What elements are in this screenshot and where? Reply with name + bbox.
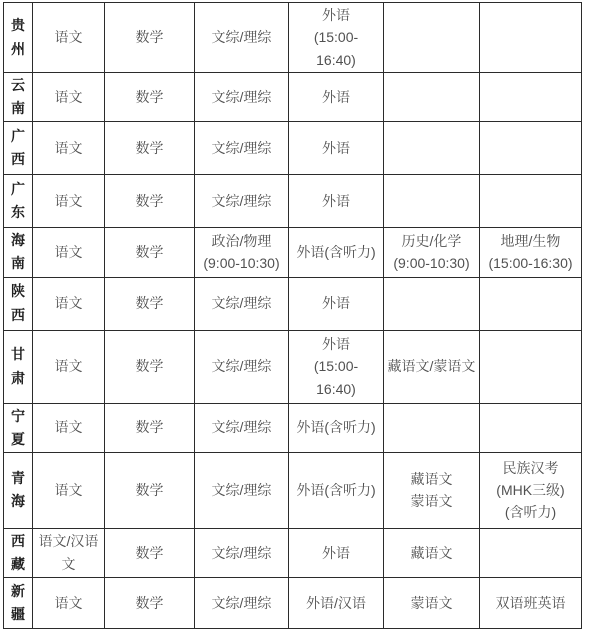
province-cell: 陕西 (4, 277, 33, 330)
empty-cell (480, 73, 582, 122)
empty-cell (480, 3, 582, 73)
subject-cell: 外语(含听力) (289, 403, 384, 452)
subject-cell: 民族汉考(MHK三级)(含听力) (480, 452, 582, 528)
province-cell: 云南 (4, 73, 33, 122)
province-char: 贵 (4, 14, 32, 37)
subject-line: (MHK三级) (482, 479, 579, 501)
subject-line: 双语班英语 (482, 592, 579, 614)
subject-line: 数学 (107, 190, 192, 212)
subject-line: 文综/理综 (197, 137, 286, 159)
subject-cell: 语文/汉语文 (33, 528, 105, 577)
subject-cell: 外语(15:00-16:40) (289, 3, 384, 73)
province-char: 宁 (4, 405, 32, 428)
province-char: 藏 (4, 553, 32, 576)
subject-cell: 外语(含听力) (289, 228, 384, 277)
subject-line: 数学 (107, 592, 192, 614)
subject-line: 数学 (107, 241, 192, 263)
subject-cell: 政治/物理(9:00-10:30) (195, 228, 289, 277)
subject-cell: 语文 (33, 330, 105, 403)
subject-cell: 文综/理综 (195, 175, 289, 228)
subject-cell: 外语 (289, 73, 384, 122)
subject-line: 外语 (291, 542, 381, 564)
province-cell: 广东 (4, 175, 33, 228)
subject-cell: 数学 (105, 277, 195, 330)
subject-line: 文 (35, 553, 102, 575)
exam-schedule-page: 贵州语文数学文综/理综外语(15:00-16:40)云南语文数学文综/理综外语广… (0, 0, 592, 640)
subject-line: (9:00-10:30) (197, 252, 286, 274)
province-cell: 贵州 (4, 3, 33, 73)
subject-line: 文综/理综 (197, 479, 286, 501)
subject-line: 文综/理综 (197, 292, 286, 314)
province-char: 疆 (4, 603, 32, 626)
subject-line: 文综/理综 (197, 355, 286, 377)
subject-line: 16:40) (291, 378, 381, 400)
province-char: 南 (4, 97, 32, 120)
province-char: 广 (4, 125, 32, 148)
subject-line: 语文 (35, 190, 102, 212)
subject-line: 外语 (291, 4, 381, 26)
subject-line: 数学 (107, 479, 192, 501)
subject-cell: 文综/理综 (195, 330, 289, 403)
subject-line: 外语(含听力) (291, 479, 381, 501)
subject-line: 文综/理综 (197, 416, 286, 438)
province-char: 南 (4, 252, 32, 275)
subject-cell: 语文 (33, 577, 105, 628)
province-char: 陕 (4, 280, 32, 303)
province-char: 广 (4, 178, 32, 201)
subject-line: (15:00- (291, 26, 381, 48)
province-char: 新 (4, 580, 32, 603)
empty-cell (384, 277, 480, 330)
province-char: 海 (4, 229, 32, 252)
province-cell: 青海 (4, 452, 33, 528)
subject-cell: 数学 (105, 228, 195, 277)
table-row: 青海语文数学文综/理综外语(含听力)藏语文蒙语文民族汉考(MHK三级)(含听力) (4, 452, 582, 528)
subject-cell: 藏语文蒙语文 (384, 452, 480, 528)
province-char: 肃 (4, 367, 32, 390)
subject-cell: 语文 (33, 403, 105, 452)
subject-line: 语文 (35, 479, 102, 501)
empty-cell (480, 277, 582, 330)
subject-line: 数学 (107, 86, 192, 108)
subject-line: 藏语文/蒙语文 (386, 355, 477, 377)
subject-line: 外语(含听力) (291, 416, 381, 438)
subject-line: (15:00- (291, 355, 381, 377)
subject-cell: 文综/理综 (195, 528, 289, 577)
subject-cell: 数学 (105, 403, 195, 452)
table-row: 广东语文数学文综/理综外语 (4, 175, 582, 228)
subject-line: 外语 (291, 137, 381, 159)
table-row: 陕西语文数学文综/理综外语 (4, 277, 582, 330)
subject-line: 语文 (35, 137, 102, 159)
subject-line: 语文 (35, 355, 102, 377)
subject-cell: 语文 (33, 277, 105, 330)
subject-cell: 地理/生物(15:00-16:30) (480, 228, 582, 277)
subject-cell: 历史/化学(9:00-10:30) (384, 228, 480, 277)
subject-cell: 外语 (289, 122, 384, 175)
province-cell: 西藏 (4, 528, 33, 577)
subject-line: (含听力) (482, 501, 579, 523)
subject-line: 16:40) (291, 49, 381, 71)
subject-cell: 文综/理综 (195, 3, 289, 73)
subject-line: 文综/理综 (197, 542, 286, 564)
table-row: 宁夏语文数学文综/理综外语(含听力) (4, 403, 582, 452)
empty-cell (384, 403, 480, 452)
subject-line: 外语(含听力) (291, 241, 381, 263)
subject-cell: 外语(含听力) (289, 452, 384, 528)
empty-cell (480, 122, 582, 175)
subject-line: 数学 (107, 542, 192, 564)
subject-cell: 文综/理综 (195, 403, 289, 452)
table-row: 广西语文数学文综/理综外语 (4, 122, 582, 175)
subject-cell: 语文 (33, 175, 105, 228)
subject-cell: 外语 (289, 277, 384, 330)
empty-cell (384, 73, 480, 122)
subject-cell: 文综/理综 (195, 577, 289, 628)
province-cell: 甘肃 (4, 330, 33, 403)
province-cell: 广西 (4, 122, 33, 175)
province-char: 甘 (4, 343, 32, 366)
table-row: 甘肃语文数学文综/理综外语(15:00-16:40)藏语文/蒙语文 (4, 330, 582, 403)
subject-cell: 语文 (33, 122, 105, 175)
subject-line: (9:00-10:30) (386, 252, 477, 274)
subject-cell: 数学 (105, 577, 195, 628)
subject-line: 语文/汉语 (35, 530, 102, 552)
subject-cell: 外语/汉语 (289, 577, 384, 628)
subject-line: 数学 (107, 26, 192, 48)
table-row: 西藏语文/汉语文数学文综/理综外语藏语文 (4, 528, 582, 577)
subject-cell: 外语 (289, 528, 384, 577)
province-char: 青 (4, 467, 32, 490)
province-char: 西 (4, 530, 32, 553)
subject-cell: 语文 (33, 452, 105, 528)
subject-cell: 语文 (33, 3, 105, 73)
subject-line: 外语 (291, 86, 381, 108)
subject-cell: 文综/理综 (195, 73, 289, 122)
subject-line: 数学 (107, 137, 192, 159)
subject-cell: 语文 (33, 73, 105, 122)
subject-line: 外语 (291, 190, 381, 212)
empty-cell (384, 122, 480, 175)
subject-line: 外语 (291, 292, 381, 314)
subject-cell: 外语 (289, 175, 384, 228)
empty-cell (480, 330, 582, 403)
subject-cell: 数学 (105, 330, 195, 403)
subject-cell: 外语(15:00-16:40) (289, 330, 384, 403)
subject-line: 地理/生物 (482, 230, 579, 252)
empty-cell (480, 528, 582, 577)
empty-cell (480, 403, 582, 452)
subject-line: 文综/理综 (197, 592, 286, 614)
empty-cell (384, 3, 480, 73)
province-char: 东 (4, 201, 32, 224)
province-cell: 宁夏 (4, 403, 33, 452)
subject-cell: 数学 (105, 122, 195, 175)
subject-line: (15:00-16:30) (482, 252, 579, 274)
empty-cell (480, 175, 582, 228)
subject-cell: 藏语文/蒙语文 (384, 330, 480, 403)
subject-line: 文综/理综 (197, 86, 286, 108)
exam-schedule-table: 贵州语文数学文综/理综外语(15:00-16:40)云南语文数学文综/理综外语广… (3, 2, 582, 629)
province-char: 西 (4, 304, 32, 327)
subject-line: 民族汉考 (482, 457, 579, 479)
subject-line: 文综/理综 (197, 26, 286, 48)
table-row: 云南语文数学文综/理综外语 (4, 73, 582, 122)
subject-line: 语文 (35, 592, 102, 614)
subject-line: 文综/理综 (197, 190, 286, 212)
subject-line: 数学 (107, 292, 192, 314)
subject-line: 语文 (35, 416, 102, 438)
subject-line: 数学 (107, 355, 192, 377)
table-row: 海南语文数学政治/物理(9:00-10:30)外语(含听力)历史/化学(9:00… (4, 228, 582, 277)
subject-line: 蒙语文 (386, 592, 477, 614)
subject-line: 语文 (35, 241, 102, 263)
subject-line: 外语/汉语 (291, 592, 381, 614)
subject-cell: 文综/理综 (195, 277, 289, 330)
subject-cell: 数学 (105, 175, 195, 228)
subject-line: 数学 (107, 416, 192, 438)
table-row: 新疆语文数学文综/理综外语/汉语蒙语文双语班英语 (4, 577, 582, 628)
province-char: 州 (4, 38, 32, 61)
subject-cell: 数学 (105, 528, 195, 577)
subject-cell: 文综/理综 (195, 452, 289, 528)
subject-cell: 语文 (33, 228, 105, 277)
subject-line: 语文 (35, 86, 102, 108)
subject-line: 藏语文 (386, 468, 477, 490)
subject-cell: 双语班英语 (480, 577, 582, 628)
province-char: 云 (4, 74, 32, 97)
subject-cell: 数学 (105, 452, 195, 528)
province-cell: 海南 (4, 228, 33, 277)
subject-cell: 数学 (105, 73, 195, 122)
subject-line: 蒙语文 (386, 490, 477, 512)
empty-cell (384, 175, 480, 228)
province-char: 西 (4, 148, 32, 171)
subject-cell: 数学 (105, 3, 195, 73)
subject-line: 语文 (35, 292, 102, 314)
province-char: 海 (4, 490, 32, 513)
table-row: 贵州语文数学文综/理综外语(15:00-16:40) (4, 3, 582, 73)
subject-line: 历史/化学 (386, 230, 477, 252)
subject-line: 外语 (291, 333, 381, 355)
subject-cell: 文综/理综 (195, 122, 289, 175)
subject-cell: 藏语文 (384, 528, 480, 577)
province-char: 夏 (4, 428, 32, 451)
subject-line: 藏语文 (386, 542, 477, 564)
subject-line: 语文 (35, 26, 102, 48)
subject-cell: 蒙语文 (384, 577, 480, 628)
subject-line: 政治/物理 (197, 230, 286, 252)
province-cell: 新疆 (4, 577, 33, 628)
